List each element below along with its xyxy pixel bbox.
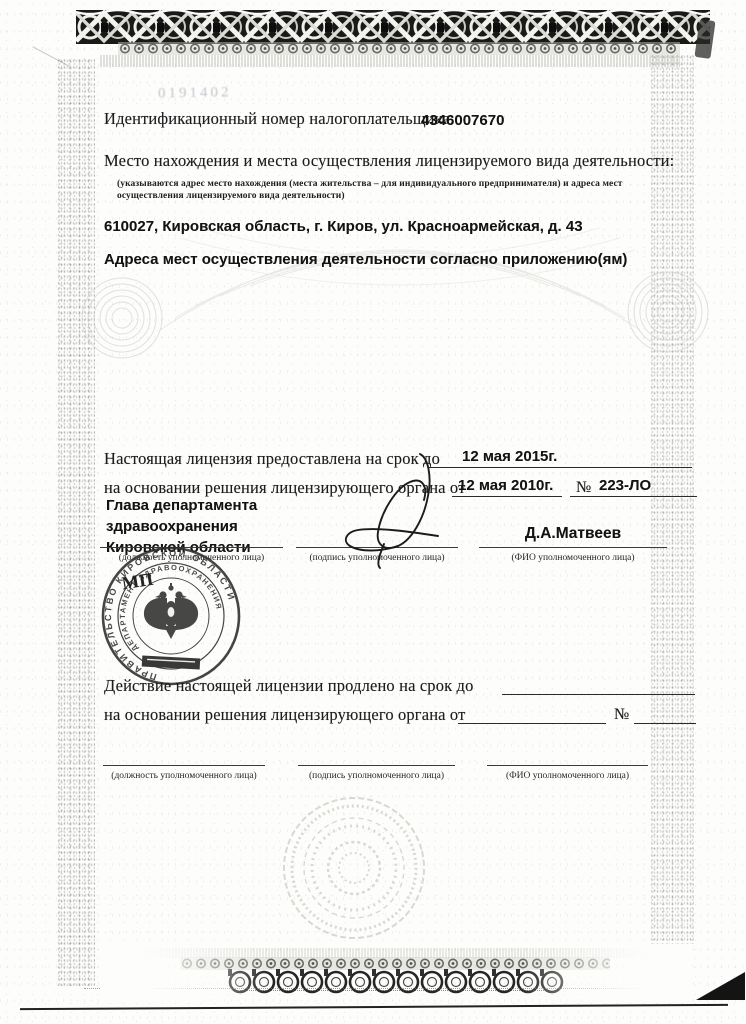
page-corner-triangle [696, 972, 745, 1000]
arc-cluster-left [82, 278, 162, 358]
fringe-top [100, 55, 680, 67]
inn-label: Идентификационный номер налогоплательщик… [104, 109, 455, 129]
guilloche-top-band [76, 10, 710, 44]
arc-cluster-right [628, 272, 708, 352]
address-value: 610027, Кировская область, г. Киров, ул.… [104, 218, 583, 235]
extension-number-sign: № [614, 706, 629, 724]
inn-value: 4346007670 [421, 112, 504, 129]
seal-banner [142, 655, 200, 669]
scallop-row-bottom [228, 969, 564, 997]
signer-position-line1: Глава департамента [106, 497, 257, 514]
official-seal: ПРАВИТЕЛЬСТВО КИРОВСКОЙ ОБЛАСТИ ДЕПАРТАМ… [95, 540, 247, 692]
ext-caption-name: (ФИО уполномоченного лица) [487, 771, 648, 781]
extension-underline [502, 678, 695, 695]
speckle-band-left [57, 58, 95, 986]
location-heading: Место нахождения и места осуществления л… [104, 151, 674, 171]
microprint-line [84, 988, 664, 989]
microprint-line-dark [240, 990, 550, 991]
scan-scratch-top-left [32, 46, 70, 67]
signer-name: Д.А.Матвеев [479, 525, 667, 543]
moire-center [160, 228, 640, 330]
ext-caption-signature: (подпись уполномоченного лица) [298, 771, 455, 781]
floret-row-top [118, 42, 680, 55]
faint-serial-number: 0191402 [158, 84, 232, 102]
extension-date-underline [458, 707, 606, 724]
extension-decision-label: на основании решения лицензирующего орга… [104, 705, 465, 725]
location-note: (указываются адрес место нахождения (мес… [117, 179, 685, 202]
faint-stamp-impression [256, 774, 452, 961]
ext-caption-position: (должность уполномоченного лица) [103, 771, 265, 781]
license-document-page: 0191402 Идентификационный номер налогопл… [0, 0, 746, 1024]
license-number-underline [570, 480, 697, 497]
addresses-note: Адреса мест осуществления деятельности с… [104, 251, 627, 268]
handwritten-signature [320, 448, 470, 573]
extension-number-underline [634, 707, 696, 724]
extension-label: Действие настоящей лицензии продлено на … [104, 676, 474, 696]
ext-position-line [103, 749, 265, 766]
double-headed-eagle [144, 583, 198, 639]
ext-signature-line [298, 749, 455, 766]
caption-name: (ФИО уполномоченного лица) [479, 553, 667, 563]
ext-name-line [487, 749, 648, 766]
scan-edge-line [20, 1004, 728, 1011]
